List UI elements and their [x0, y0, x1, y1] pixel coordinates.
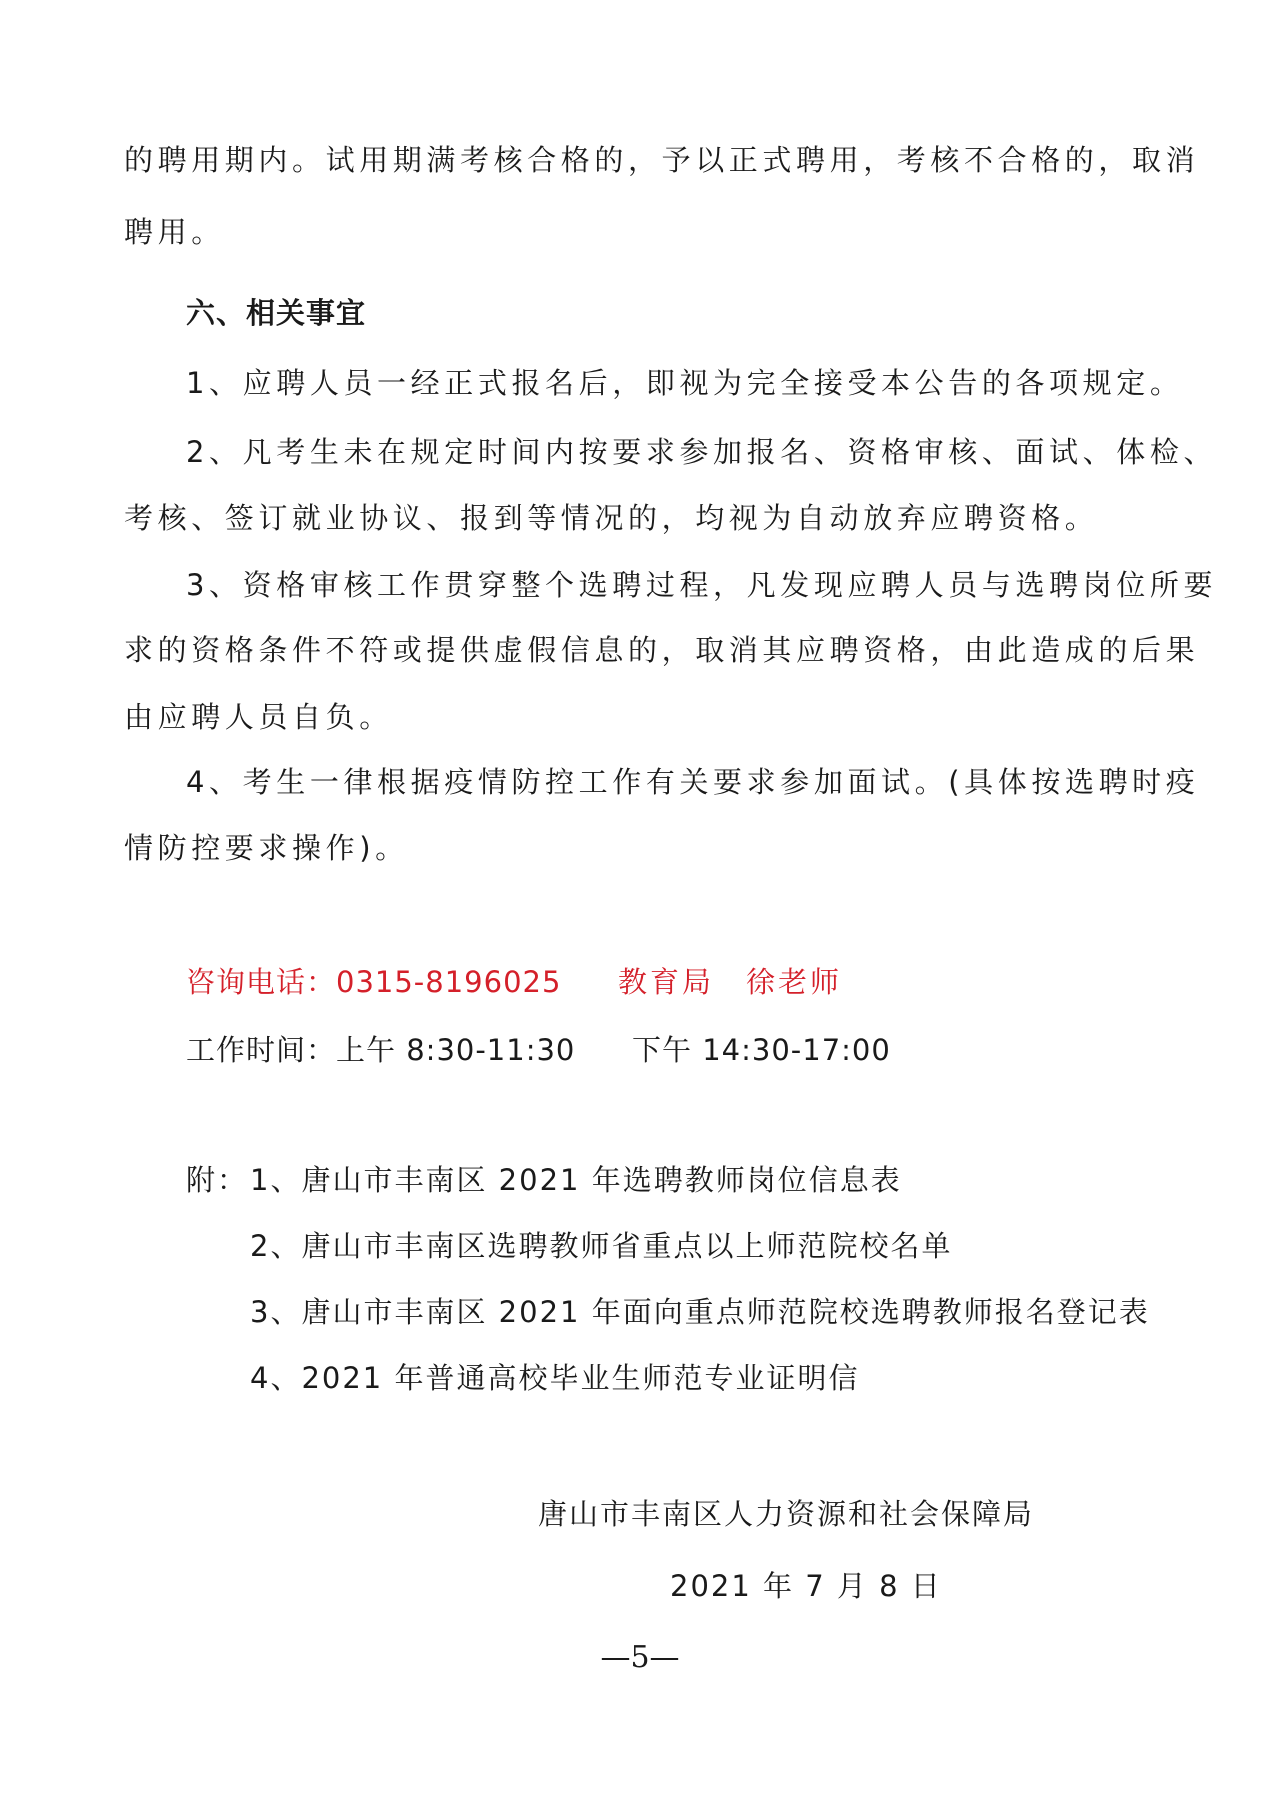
paragraph-line: 2、凡考生未在规定时间内按要求参加报名、资格审核、面试、体检、 — [186, 432, 1217, 472]
contact-dept: 教育局 — [618, 962, 714, 1002]
attachment-item: 3、唐山市丰南区 2021 年面向重点师范院校选聘教师报名登记表 — [250, 1292, 1150, 1332]
page-number: —5— — [0, 1640, 1280, 1675]
attachments-prefix: 附： — [186, 1160, 248, 1200]
work-hours-afternoon: 下午 14:30-17:00 — [632, 1030, 891, 1070]
paragraph-line: 的聘用期内。试用期满考核合格的，予以正式聘用，考核不合格的，取消 — [124, 140, 1199, 180]
paragraph-line: 由应聘人员自负。 — [124, 697, 393, 737]
paragraph-line: 4、考生一律根据疫情防控工作有关要求参加面试。(具体按选聘时疫 — [186, 762, 1199, 802]
contact-person: 徐老师 — [746, 962, 842, 1002]
signature-date: 2021 年 7 月 8 日 — [670, 1566, 942, 1606]
attachment-item: 2、唐山市丰南区选聘教师省重点以上师范院校名单 — [250, 1226, 952, 1266]
paragraph-line: 情防控要求操作)。 — [124, 828, 409, 868]
work-hours-morning: 工作时间：上午 8:30-11:30 — [186, 1030, 575, 1070]
contact-phone: 咨询电话：0315-8196025 — [186, 962, 561, 1002]
paragraph-line: 1、应聘人员一经正式报名后，即视为完全接受本公告的各项规定。 — [186, 363, 1183, 403]
attachment-item: 4、2021 年普通高校毕业生师范专业证明信 — [250, 1358, 859, 1398]
section-heading: 六、相关事宜 — [186, 293, 366, 333]
paragraph-line: 考核、签订就业协议、报到等情况的，均视为自动放弃应聘资格。 — [124, 498, 1098, 538]
signature-org: 唐山市丰南区人力资源和社会保障局 — [538, 1494, 1034, 1534]
paragraph-line: 聘用。 — [124, 212, 225, 252]
paragraph-line: 求的资格条件不符或提供虚假信息的，取消其应聘资格，由此造成的后果 — [124, 630, 1199, 670]
attachment-item: 1、唐山市丰南区 2021 年选聘教师岗位信息表 — [250, 1160, 902, 1200]
paragraph-line: 3、资格审核工作贯穿整个选聘过程，凡发现应聘人员与选聘岗位所要 — [186, 565, 1217, 605]
